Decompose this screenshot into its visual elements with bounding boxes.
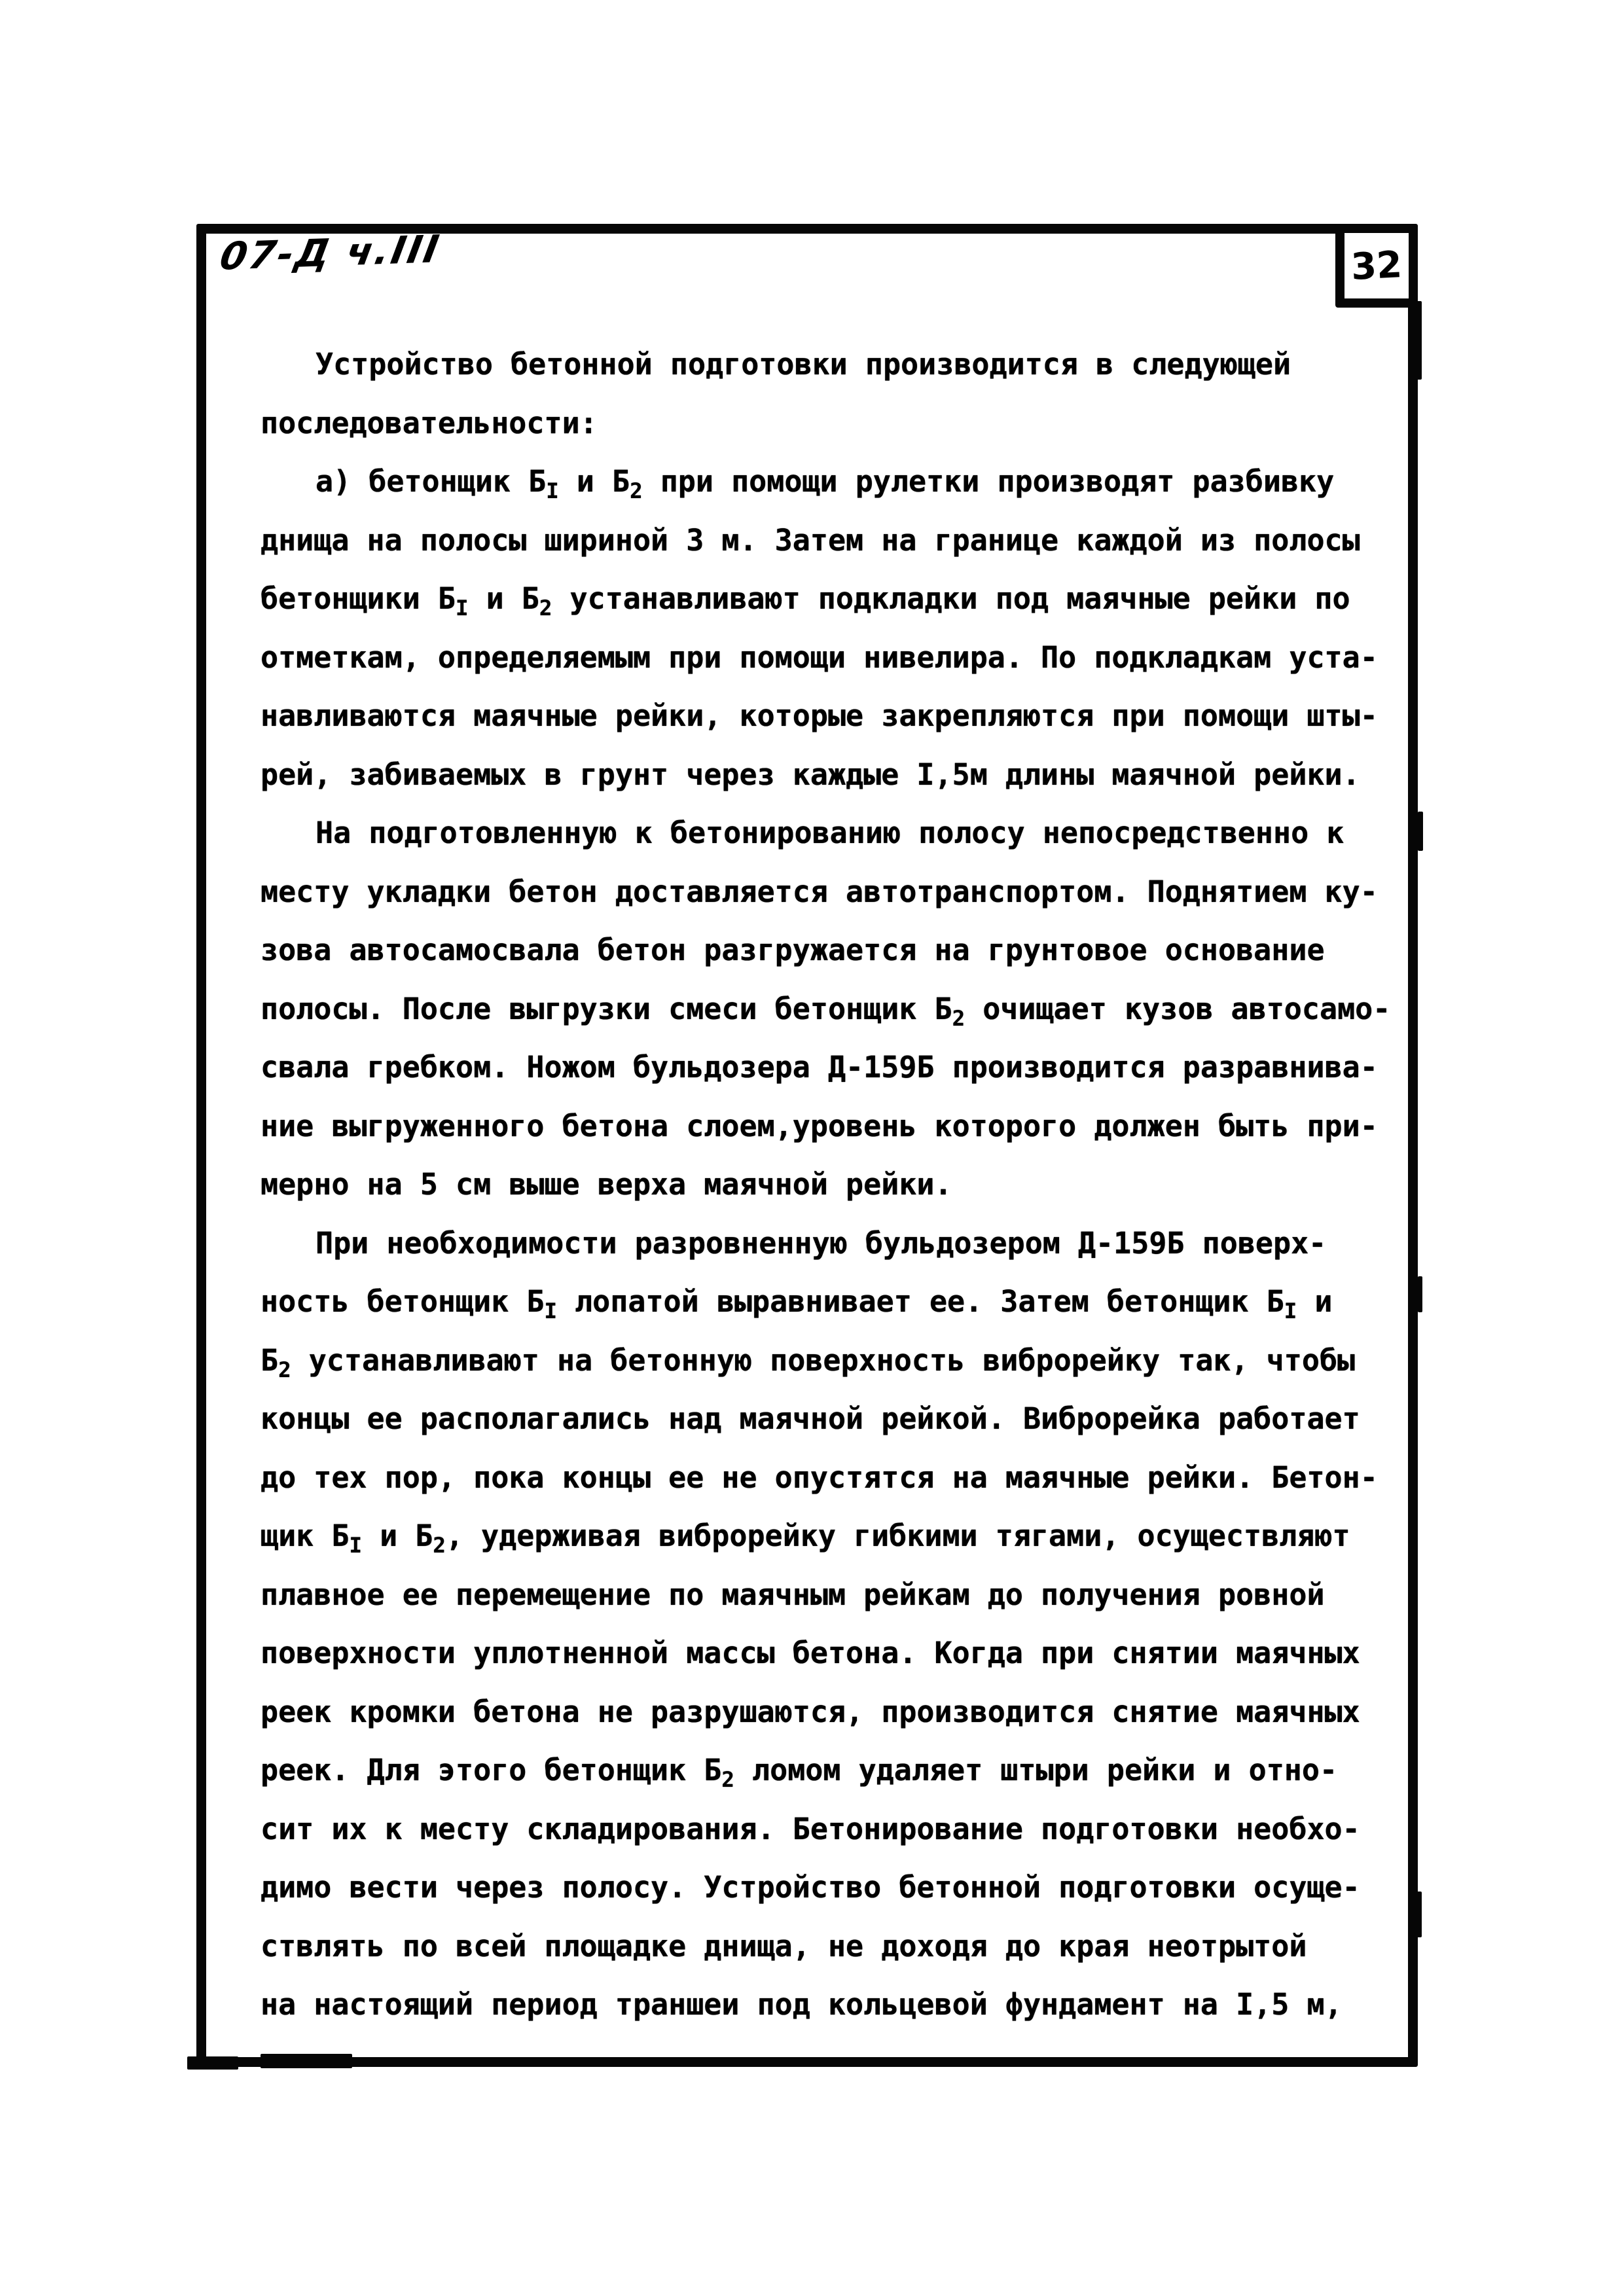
text-line: бетонщики БI и Б2 устанавливают подкладк… — [261, 569, 1414, 628]
text-line: до тех пор, пока концы ее не опустятся н… — [261, 1448, 1414, 1507]
scan-artifact — [1416, 1892, 1422, 1937]
text-line: сит их к месту складирования. Бетонирова… — [261, 1800, 1414, 1859]
text-line: При необходимости разровненную бульдозер… — [261, 1214, 1414, 1273]
text-line: димо вести через полосу. Устройство бето… — [261, 1858, 1414, 1917]
scan-artifact — [187, 2056, 238, 2070]
text-line: последовательности: — [261, 394, 1414, 453]
text-line: реек кромки бетона не разрушаются, произ… — [261, 1683, 1414, 1742]
scan-artifact — [261, 2054, 352, 2068]
text-line: отметкам, определяемым при помощи нивели… — [261, 628, 1414, 687]
scan-artifact — [1418, 812, 1423, 851]
text-line: ствлять по всей площадке днища, не доход… — [261, 1917, 1414, 1976]
typewritten-text-block: Устройство бетонной подготовки производи… — [261, 335, 1414, 2034]
text-line: Б2 устанавливают на бетонную поверхность… — [261, 1331, 1414, 1390]
text-line: плавное ее перемещение по маячным рейкам… — [261, 1566, 1414, 1624]
text-line: на настоящий период траншеи под кольцево… — [261, 1975, 1414, 2034]
scan-artifact — [1418, 1276, 1422, 1312]
scan-artifact — [1416, 301, 1422, 380]
handwritten-archive-code: 07-Д ч.III — [217, 226, 444, 279]
text-line: зова автосамосвала бетон разгружается на… — [261, 921, 1414, 980]
text-line: щик БI и Б2, удерживая виброрейку гибким… — [261, 1507, 1414, 1566]
text-line: месту укладки бетон доставляется автотра… — [261, 863, 1414, 922]
text-line: Устройство бетонной подготовки производи… — [261, 335, 1414, 394]
page-number: 32 — [1350, 243, 1403, 289]
scanned-document-page: 32 07-Д ч.III Устройство бетонной подгот… — [0, 0, 1624, 2296]
text-line: полосы. После выгрузки смеси бетонщик Б2… — [261, 980, 1414, 1039]
text-line: днища на полосы шириной 3 м. Затем на гр… — [261, 511, 1414, 570]
page-number-box: 32 — [1335, 224, 1418, 308]
text-line: реек. Для этого бетонщик Б2 ломом удаляе… — [261, 1741, 1414, 1800]
text-line: На подготовленную к бетонированию полосу… — [261, 804, 1414, 863]
text-line: навливаются маячные рейки, которые закре… — [261, 687, 1414, 745]
text-line: мерно на 5 см выше верха маячной рейки. — [261, 1155, 1414, 1214]
text-line: концы ее располагались над маячной рейко… — [261, 1390, 1414, 1448]
text-line: а) бетонщик БI и Б2 при помощи рулетки п… — [261, 452, 1414, 511]
text-line: поверхности уплотненной массы бетона. Ко… — [261, 1624, 1414, 1683]
text-line: ние выгруженного бетона слоем,уровень ко… — [261, 1097, 1414, 1156]
text-line: рей, забиваемых в грунт через каждые I,5… — [261, 745, 1414, 804]
text-line: ность бетонщик БI лопатой выравнивает ее… — [261, 1272, 1414, 1331]
text-line: свала гребком. Ножом бульдозера Д-159Б п… — [261, 1038, 1414, 1097]
